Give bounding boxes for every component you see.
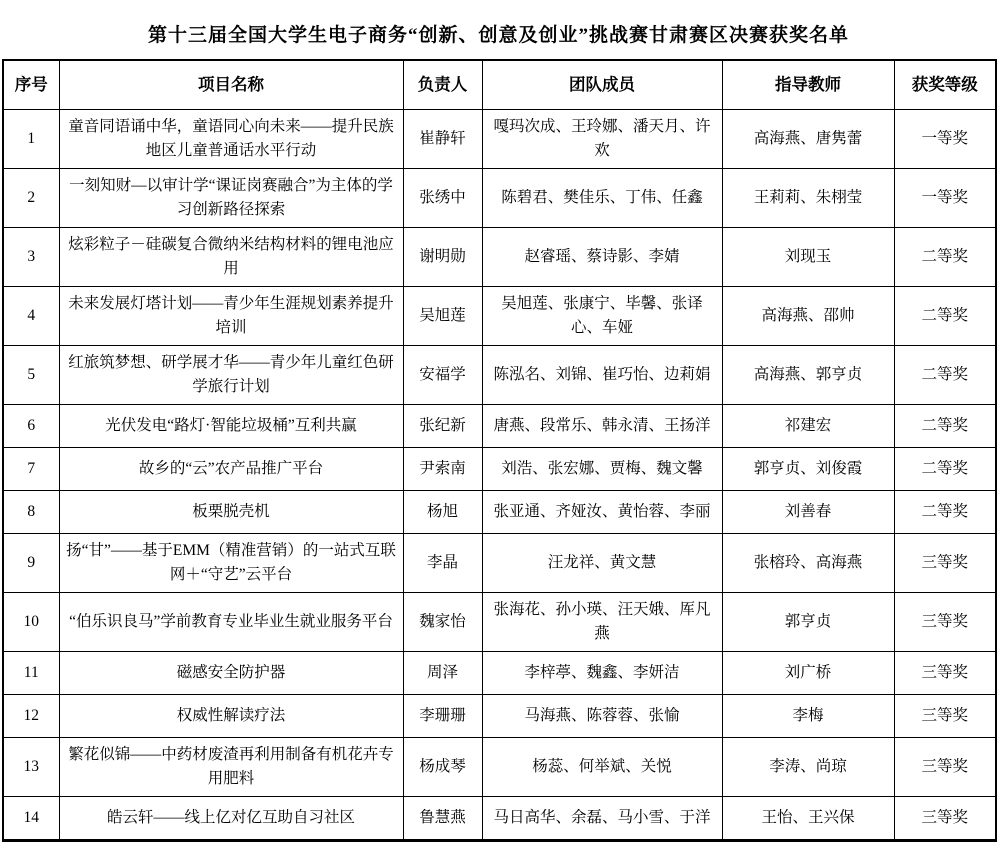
leader-cell: 吴旭莲	[403, 287, 482, 346]
advisors-cell: 祁建宏	[722, 405, 894, 448]
project-name-cell: 板栗脱壳机	[59, 491, 403, 534]
advisors-cell: 郭亨贞、刘俊霞	[722, 448, 894, 491]
table-row: 12 权威性解读疗法 李珊珊 马海燕、陈蓉蓉、张愉 李梅 三等奖	[3, 695, 996, 738]
row-number-cell: 9	[3, 534, 59, 593]
table-row: 9 扬“甘”——基于EMM（精准营销）的一站式互联网＋“守艺”云平台 李晶 汪龙…	[3, 534, 996, 593]
table-row: 7 故乡的“云”农产品推广平台 尹索南 刘浩、张宏娜、贾梅、魏文馨 郭亨贞、刘俊…	[3, 448, 996, 491]
advisors-cell: 高海燕、郭亨贞	[722, 346, 894, 405]
row-number-cell: 7	[3, 448, 59, 491]
advisors-cell: 张榕玲、高海燕	[722, 534, 894, 593]
project-name-cell: 红旅筑梦想、研学展才华——青少年儿童红色研学旅行计划	[59, 346, 403, 405]
table-row: 14 皓云轩——线上亿对亿互助自习社区 鲁慧燕 马日高华、余磊、马小雪、于洋 王…	[3, 797, 996, 841]
advisors-cell: 王怡、王兴保	[722, 797, 894, 841]
leader-cell: 周泽	[403, 652, 482, 695]
table-row: 13 繁花似锦——中药材废渣再利用制备有机花卉专用肥料 杨成琴 杨蕊、何举斌、关…	[3, 738, 996, 797]
table-row: 11 磁感安全防护器 周泽 李梓葶、魏鑫、李妍洁 刘广桥 三等奖	[3, 652, 996, 695]
project-name-cell: 一刻知财—以审计学“课证岗赛融合”为主体的学习创新路径探索	[59, 169, 403, 228]
advisors-cell: 李梅	[722, 695, 894, 738]
header-award: 获奖等级	[894, 60, 996, 110]
leader-cell: 安福学	[403, 346, 482, 405]
project-name-cell: 光伏发电“路灯·智能垃圾桶”互利共赢	[59, 405, 403, 448]
award-cell: 二等奖	[894, 228, 996, 287]
row-number-cell: 1	[3, 110, 59, 169]
row-number-cell: 13	[3, 738, 59, 797]
project-name-cell: 炫彩粒子－硅碳复合微纳米结构材料的锂电池应用	[59, 228, 403, 287]
members-cell: 嘎玛次成、王玲娜、潘天月、许欢	[482, 110, 722, 169]
members-cell: 吴旭莲、张康宁、毕馨、张译心、车娅	[482, 287, 722, 346]
members-cell: 马日高华、余磊、马小雪、于洋	[482, 797, 722, 841]
advisors-cell: 刘善春	[722, 491, 894, 534]
table-row: 1 童音同语诵中华，童语同心向未来——提升民族地区儿童普通话水平行动 崔静轩 嘎…	[3, 110, 996, 169]
table-row: 8 板栗脱壳机 杨旭 张亚通、齐娅汝、黄怡蓉、李丽 刘善春 二等奖	[3, 491, 996, 534]
award-cell: 一等奖	[894, 110, 996, 169]
leader-cell: 杨成琴	[403, 738, 482, 797]
table-row: 2 一刻知财—以审计学“课证岗赛融合”为主体的学习创新路径探索 张绣中 陈碧君、…	[3, 169, 996, 228]
members-cell: 汪龙祥、黄文慧	[482, 534, 722, 593]
award-cell: 三等奖	[894, 534, 996, 593]
project-name-cell: 未来发展灯塔计划——青少年生涯规划素养提升培训	[59, 287, 403, 346]
award-cell: 二等奖	[894, 448, 996, 491]
award-cell: 二等奖	[894, 405, 996, 448]
members-cell: 陈碧君、樊佳乐、丁伟、任鑫	[482, 169, 722, 228]
award-cell: 三等奖	[894, 797, 996, 841]
advisors-cell: 高海燕、唐隽蕾	[722, 110, 894, 169]
table-row: 3 炫彩粒子－硅碳复合微纳米结构材料的锂电池应用 谢明勋 赵睿瑶、蔡诗影、李婧 …	[3, 228, 996, 287]
project-name-cell: 皓云轩——线上亿对亿互助自习社区	[59, 797, 403, 841]
leader-cell: 李晶	[403, 534, 482, 593]
award-cell: 三等奖	[894, 593, 996, 652]
row-number-cell: 4	[3, 287, 59, 346]
award-cell: 三等奖	[894, 738, 996, 797]
award-cell: 二等奖	[894, 491, 996, 534]
leader-cell: 张纪新	[403, 405, 482, 448]
leader-cell: 魏家怡	[403, 593, 482, 652]
award-cell: 三等奖	[894, 695, 996, 738]
header-no: 序号	[3, 60, 59, 110]
award-cell: 二等奖	[894, 287, 996, 346]
row-number-cell: 3	[3, 228, 59, 287]
leader-cell: 鲁慧燕	[403, 797, 482, 841]
advisors-cell: 王莉莉、朱栩莹	[722, 169, 894, 228]
document-page: 第十三届全国大学生电子商务“创新、创意及创业”挑战赛甘肃赛区决赛获奖名单 序号 …	[0, 0, 997, 844]
members-cell: 张亚通、齐娅汝、黄怡蓉、李丽	[482, 491, 722, 534]
row-number-cell: 10	[3, 593, 59, 652]
leader-cell: 李珊珊	[403, 695, 482, 738]
header-project: 项目名称	[59, 60, 403, 110]
row-number-cell: 11	[3, 652, 59, 695]
members-cell: 刘浩、张宏娜、贾梅、魏文馨	[482, 448, 722, 491]
table-row: 6 光伏发电“路灯·智能垃圾桶”互利共赢 张纪新 唐燕、段常乐、韩永清、王扬洋 …	[3, 405, 996, 448]
table-row: 4 未来发展灯塔计划——青少年生涯规划素养提升培训 吴旭莲 吴旭莲、张康宁、毕馨…	[3, 287, 996, 346]
members-cell: 马海燕、陈蓉蓉、张愉	[482, 695, 722, 738]
project-name-cell: 权威性解读疗法	[59, 695, 403, 738]
header-advisors: 指导教师	[722, 60, 894, 110]
leader-cell: 张绣中	[403, 169, 482, 228]
table-row: 5 红旅筑梦想、研学展才华——青少年儿童红色研学旅行计划 安福学 陈泓名、刘锦、…	[3, 346, 996, 405]
table-row: 10 “伯乐识良马”学前教育专业毕业生就业服务平台 魏家怡 张海花、孙小瑛、汪天…	[3, 593, 996, 652]
row-number-cell: 14	[3, 797, 59, 841]
award-cell: 三等奖	[894, 652, 996, 695]
header-members: 团队成员	[482, 60, 722, 110]
advisors-cell: 刘广桥	[722, 652, 894, 695]
project-name-cell: 故乡的“云”农产品推广平台	[59, 448, 403, 491]
advisors-cell: 高海燕、邵帅	[722, 287, 894, 346]
leader-cell: 尹索南	[403, 448, 482, 491]
award-table: 序号 项目名称 负责人 团队成员 指导教师 获奖等级 1 童音同语诵中华，童语同…	[2, 59, 997, 842]
members-cell: 唐燕、段常乐、韩永清、王扬洋	[482, 405, 722, 448]
project-name-cell: 磁感安全防护器	[59, 652, 403, 695]
leader-cell: 杨旭	[403, 491, 482, 534]
row-number-cell: 5	[3, 346, 59, 405]
project-name-cell: 繁花似锦——中药材废渣再利用制备有机花卉专用肥料	[59, 738, 403, 797]
row-number-cell: 6	[3, 405, 59, 448]
header-leader: 负责人	[403, 60, 482, 110]
row-number-cell: 2	[3, 169, 59, 228]
row-number-cell: 12	[3, 695, 59, 738]
page-title: 第十三届全国大学生电子商务“创新、创意及创业”挑战赛甘肃赛区决赛获奖名单	[2, 12, 995, 59]
members-cell: 陈泓名、刘锦、崔巧怡、边莉娟	[482, 346, 722, 405]
row-number-cell: 8	[3, 491, 59, 534]
members-cell: 杨蕊、何举斌、关悦	[482, 738, 722, 797]
project-name-cell: 扬“甘”——基于EMM（精准营销）的一站式互联网＋“守艺”云平台	[59, 534, 403, 593]
advisors-cell: 郭亨贞	[722, 593, 894, 652]
advisors-cell: 李涛、尚琼	[722, 738, 894, 797]
project-name-cell: 童音同语诵中华，童语同心向未来——提升民族地区儿童普通话水平行动	[59, 110, 403, 169]
advisors-cell: 刘现玉	[722, 228, 894, 287]
header-row: 序号 项目名称 负责人 团队成员 指导教师 获奖等级	[3, 60, 996, 110]
members-cell: 张海花、孙小瑛、汪天娥、厍凡燕	[482, 593, 722, 652]
leader-cell: 崔静轩	[403, 110, 482, 169]
project-name-cell: “伯乐识良马”学前教育专业毕业生就业服务平台	[59, 593, 403, 652]
award-cell: 二等奖	[894, 346, 996, 405]
members-cell: 赵睿瑶、蔡诗影、李婧	[482, 228, 722, 287]
members-cell: 李梓葶、魏鑫、李妍洁	[482, 652, 722, 695]
leader-cell: 谢明勋	[403, 228, 482, 287]
award-cell: 一等奖	[894, 169, 996, 228]
